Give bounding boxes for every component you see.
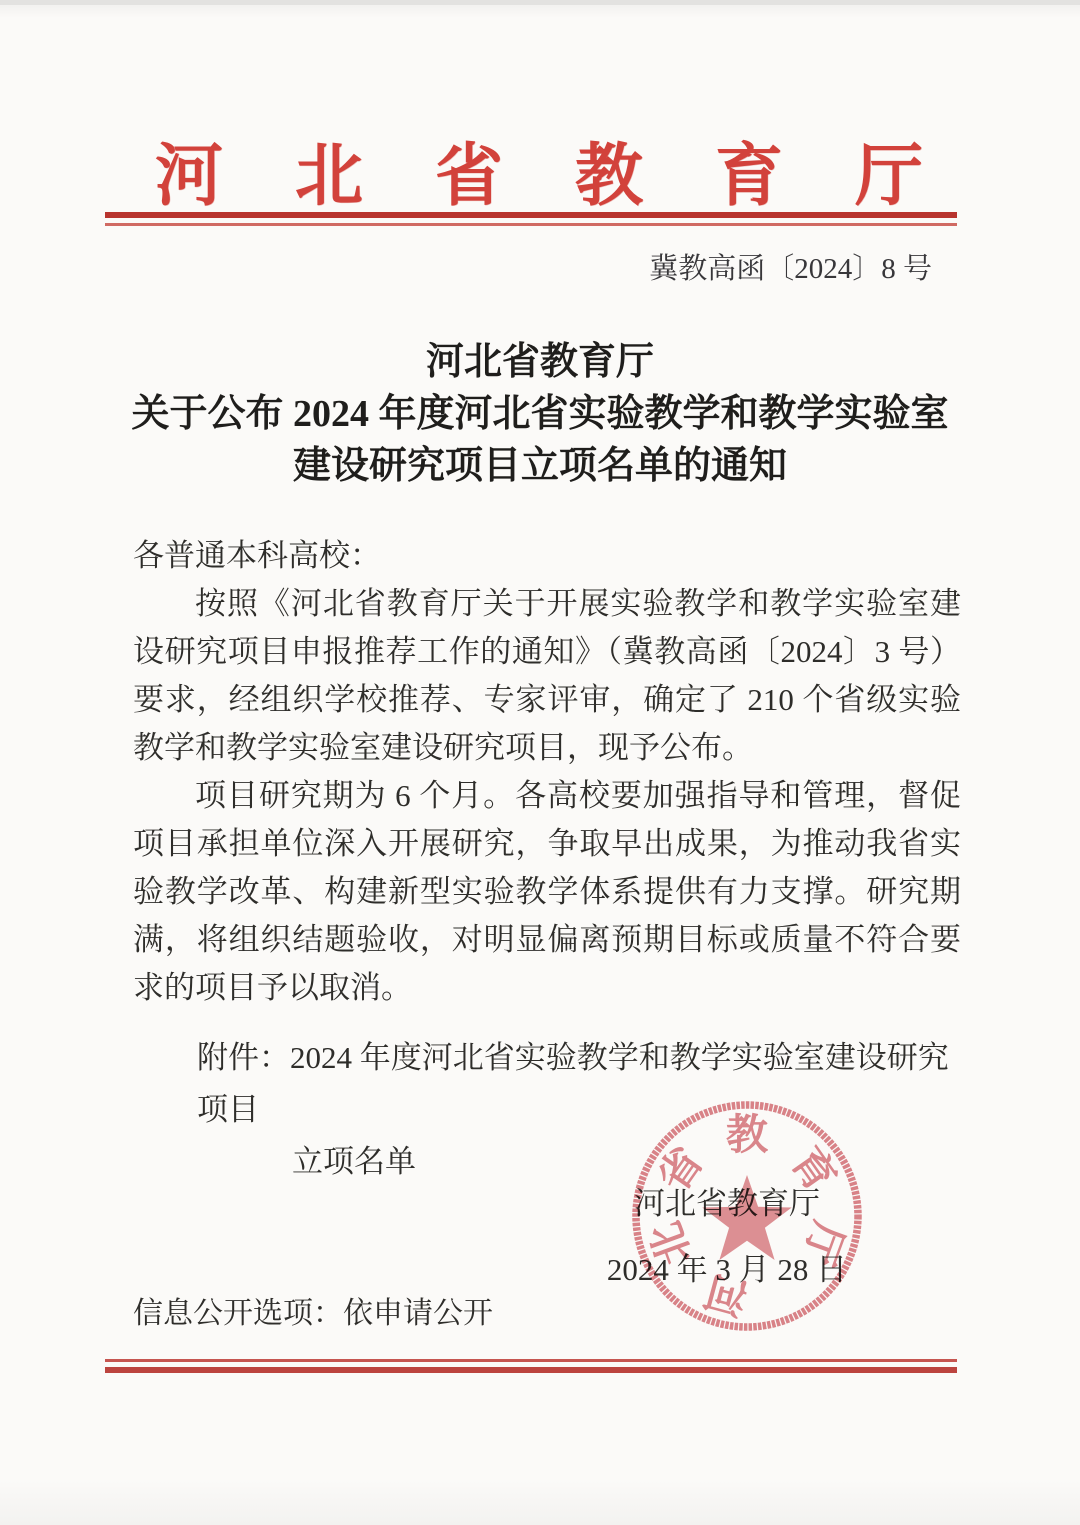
body-paragraph-1: 按照《河北省教育厅关于开展实验教学和教学实验室建设研究项目申报推荐工作的通知》（… — [133, 580, 961, 772]
issuing-agency-masthead: 河 北 省 教 育 厅 — [0, 122, 1080, 219]
attachment-note: 附件：2024 年度河北省实验教学和教学实验室建设研究项目 立项名单 — [197, 1032, 967, 1188]
document-title: 河北省教育厅 关于公布 2024 年度河北省实验教学和教学实验室 建设研究项目立… — [60, 336, 1020, 492]
document-title-line-1: 河北省教育厅 — [60, 336, 1020, 388]
header-divider-thick — [105, 212, 957, 218]
footer-divider-thin — [105, 1359, 957, 1362]
signature-block: 河北省教育厅 2024 年 3 月 28 日 — [572, 1178, 882, 1289]
signature-date: 2024 年 3 月 28 日 — [572, 1244, 882, 1289]
document-body: 各普通本科高校： 按照《河北省教育厅关于开展实验教学和教学实验室建设研究项目申报… — [133, 532, 961, 1012]
signature-agency: 河北省教育厅 — [572, 1178, 882, 1223]
document-page: 河 北 省 教 育 厅 冀教高函〔2024〕8 号 河北省教育厅 关于公布 20… — [0, 0, 1080, 1525]
scan-edge-shadow — [0, 0, 1080, 5]
salutation: 各普通本科高校： — [133, 532, 961, 580]
information-disclosure-note: 信息公开选项：依申请公开 — [133, 1288, 493, 1332]
attachment-line-1: 附件：2024 年度河北省实验教学和教学实验室建设研究项目 — [197, 1032, 967, 1136]
footer-divider-thick — [105, 1367, 957, 1373]
header-divider-thin — [105, 223, 957, 226]
document-title-line-2: 关于公布 2024 年度河北省实验教学和教学实验室 — [60, 388, 1020, 440]
body-paragraph-2: 项目研究期为 6 个月。各高校要加强指导和管理，督促项目承担单位深入开展研究，争… — [133, 772, 961, 1012]
document-title-line-3: 建设研究项目立项名单的通知 — [60, 440, 1020, 492]
document-reference-number: 冀教高函〔2024〕8 号 — [649, 246, 932, 287]
